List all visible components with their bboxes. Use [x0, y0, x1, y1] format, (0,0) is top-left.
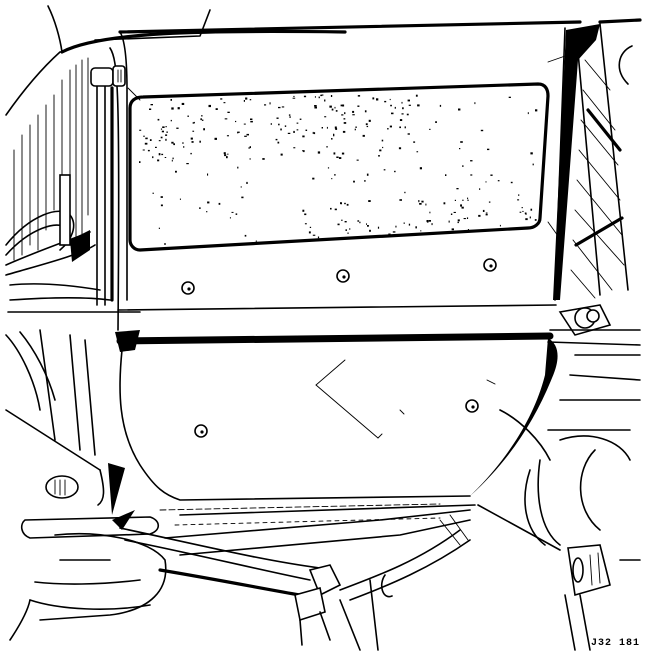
wiring-harness: [120, 510, 470, 600]
bolt-icon: [182, 282, 194, 294]
window-stipple: [139, 95, 537, 245]
bolt-icon: [484, 259, 496, 271]
left-body-structure: [6, 6, 345, 330]
left-wiring: [6, 175, 140, 312]
left-lower-structure: [6, 330, 135, 530]
electrical-connector: [295, 565, 392, 650]
upper-panel: [118, 22, 580, 310]
technical-illustration: [0, 0, 656, 654]
support-rod: [91, 66, 125, 305]
figure-reference-code: J32 181: [591, 638, 640, 649]
panel-bolts: [182, 259, 496, 437]
mounting-bolt: [548, 305, 640, 345]
horn-unit: [10, 517, 166, 640]
right-housing: [478, 355, 640, 650]
lower-panel: [115, 330, 558, 515]
bolt-icon: [195, 425, 207, 437]
bolt-icon: [337, 270, 349, 282]
bolt-icon: [466, 400, 478, 412]
right-pillar: [553, 20, 640, 300]
